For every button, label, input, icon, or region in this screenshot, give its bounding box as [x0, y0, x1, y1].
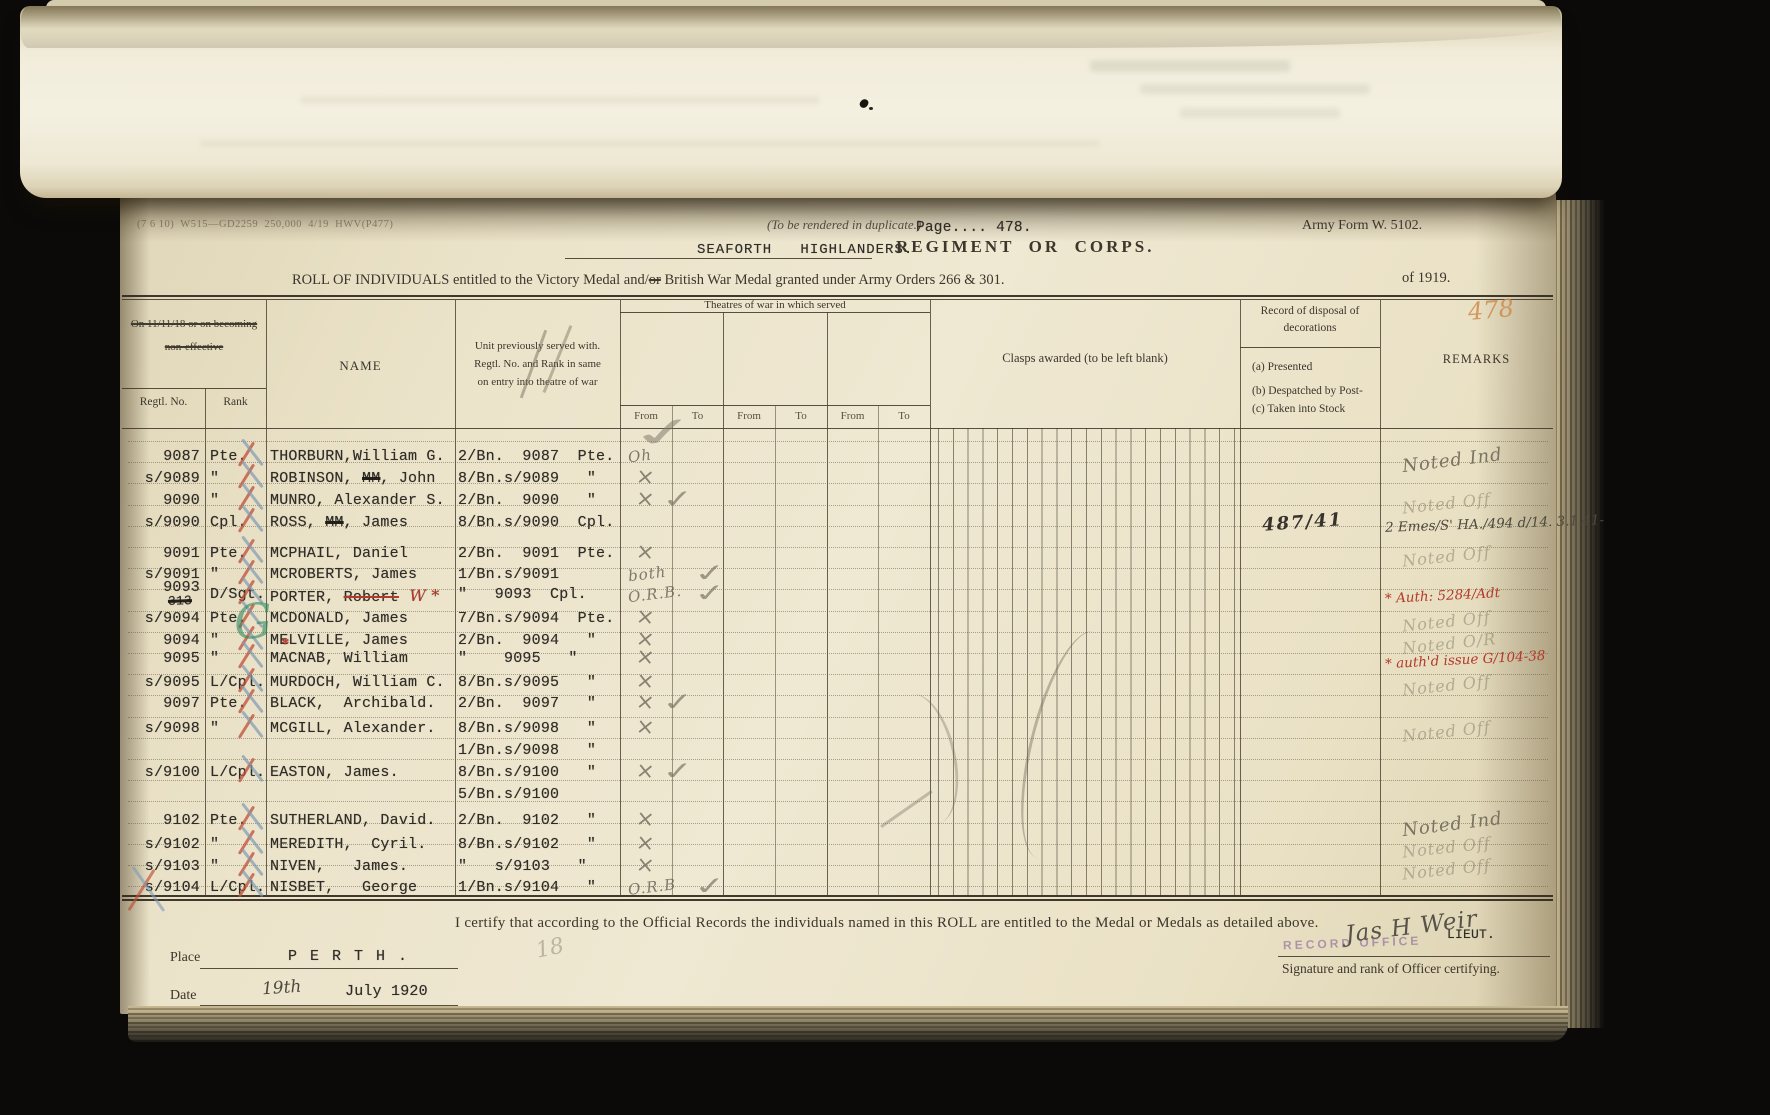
rank-header: Rank	[205, 396, 266, 408]
name-segment: , James	[344, 514, 408, 531]
theatre-tick-mark: ✓	[660, 484, 697, 514]
theatre-x-mark: ×	[635, 689, 656, 716]
roll-title: ROLL OF INDIVIDUALS entitled to the Vict…	[292, 272, 1005, 289]
row-unit: 7/Bn.s/9094 Pte.	[458, 610, 614, 627]
name-segment: MM	[325, 514, 343, 531]
name-segment: MM	[362, 470, 380, 487]
row-rank: "	[210, 836, 219, 853]
ink-blot	[869, 107, 873, 110]
theatre-x-mark: ×	[635, 486, 656, 513]
disposal-header-1: Record of disposal of	[1240, 305, 1380, 317]
theatre-x-mark: ×	[635, 758, 656, 785]
row-unit: 2/Bn. 9097 "	[458, 695, 596, 712]
name-segment: THORBURN,William G.	[270, 448, 445, 465]
row-regtl-no: 9102	[132, 812, 200, 829]
row-unit: 8/Bn.s/9098 "	[458, 720, 596, 737]
roll-title-struck-or: or	[649, 272, 661, 288]
row-unit: " 9093 Cpl.	[458, 586, 587, 603]
table-top-rule	[122, 295, 1553, 297]
theatre-x-mark: ×	[635, 714, 656, 741]
row-unit: 1/Bn.s/9091	[458, 566, 559, 583]
name-segment: MEREDITH, Cyril.	[270, 836, 426, 853]
regtl-no-header: Regtl. No.	[122, 396, 205, 408]
row-rank: "	[210, 470, 219, 487]
theatre-tick-mark: ✓	[660, 687, 697, 717]
date-label: Date	[170, 988, 196, 1004]
col-line-unit	[455, 300, 456, 896]
row-name: NISBET, George	[270, 879, 417, 896]
ghost-text-smudge	[300, 96, 820, 104]
disposal-option-a: (a) Presented	[1252, 361, 1312, 373]
row-unit: 8/Bn.s/9090 Cpl.	[458, 514, 614, 531]
row-regtl-no: s/9100	[132, 764, 200, 781]
name-segment: , John	[380, 470, 435, 487]
theatre-x-mark: ×	[635, 852, 656, 879]
row-name: MUNRO, Alexander S.	[270, 492, 445, 509]
page-curl-roll	[20, 6, 1562, 48]
disposal-divider	[1240, 347, 1380, 348]
dotted-rule	[128, 441, 1548, 442]
row-regtl-no: s/9103	[132, 858, 200, 875]
theatres-underline	[620, 312, 930, 313]
officer-rank: LIEUT.	[1447, 927, 1495, 942]
name-segment: MURDOCH, William C.	[270, 674, 445, 691]
name-segment: MCROBERTS, James	[270, 566, 417, 583]
row-regtl-no: 9097	[132, 695, 200, 712]
regiment-name: SEAFORTH HIGHLANDERS.	[697, 242, 913, 258]
row-unit: 2/Bn. 9087 Pte.	[458, 448, 614, 465]
row-unit: 8/Bn.s/9089 "	[458, 470, 596, 487]
clasps-header: Clasps awarded (to be left blank)	[930, 351, 1240, 366]
to-header: To	[878, 410, 930, 422]
col-line-rank	[205, 388, 206, 896]
theatres-header: Theatres of war in which served	[620, 299, 930, 311]
row-unit: 1/Bn.s/9104 "	[458, 879, 596, 896]
ghost-text-smudge	[1180, 108, 1340, 118]
printer-code: (7 6 10) W515—GD2259 250,000 4/19 HWV(P4…	[137, 219, 393, 230]
header-bottom-rule	[122, 428, 1553, 429]
pencil-page-number: 478	[1467, 294, 1515, 326]
name-segment: MCDONALD, James	[270, 610, 408, 627]
row-regtl-no: 9087	[132, 448, 200, 465]
roll-title-prefix: ROLL OF INDIVIDUALS entitled to the Vict…	[292, 272, 649, 288]
name-segment: MELVILLE, James	[270, 632, 408, 649]
name-segment: PORTER,	[270, 589, 344, 606]
name-segment: SUTHERLAND, David.	[270, 812, 436, 829]
row-name: MELVILLE, James	[270, 632, 408, 649]
certification-statement: I certify that according to the Official…	[455, 915, 1319, 932]
name-segment: NIVEN, James.	[270, 858, 408, 875]
row-rank: "	[210, 566, 219, 583]
col-line-remarks	[1380, 300, 1381, 896]
row-name: MURDOCH, William C.	[270, 674, 445, 691]
theatre-divider	[827, 312, 828, 896]
row-regtl-no: 9090	[132, 492, 200, 509]
date-day-handwritten: 19th	[261, 977, 302, 1000]
to-header: To	[775, 410, 827, 422]
name-segment: Robert	[344, 589, 399, 606]
row-name: MCDONALD, James	[270, 610, 408, 627]
theatre-tick-mark: ✓	[660, 756, 697, 786]
disposal-option-b: (b) Despatched by Post-	[1252, 385, 1363, 397]
col-line-disposal	[1240, 300, 1241, 896]
row-name: MACNAB, William	[270, 650, 408, 667]
duplicate-note: (To be rendered in duplicate.)	[767, 217, 921, 233]
signature-line	[1278, 956, 1550, 957]
row-name: SUTHERLAND, David.	[270, 812, 436, 829]
row-rank: "	[210, 632, 219, 649]
row-name: EASTON, James.	[270, 764, 399, 781]
row-rank: "	[210, 650, 219, 667]
from-header: From	[827, 410, 878, 422]
unit-header-3: on entry into theatre of war	[455, 376, 620, 388]
table-bottom-rule-2	[122, 899, 1553, 901]
row-unit: 8/Bn.s/9102 "	[458, 836, 596, 853]
place-label: Place	[170, 950, 200, 966]
ghost-text-smudge	[1140, 84, 1370, 94]
row-regtl-no: s/9090	[132, 514, 200, 531]
row-name: BLACK, Archibald.	[270, 695, 436, 712]
row-name: MCROBERTS, James	[270, 566, 417, 583]
effective-header-struck-1: On 11/11/18 or on becoming	[122, 318, 266, 330]
name-header: NAME	[266, 358, 455, 374]
page-number: Page.... 478.	[916, 220, 1032, 236]
theatre-x-mark: ×	[635, 644, 656, 671]
place-underline	[200, 968, 458, 969]
row-regtl-no: s/9094	[132, 610, 200, 627]
row-regtl-no-struck: 313	[140, 593, 192, 610]
row-regtl-no: s/9095	[132, 674, 200, 691]
name-segment: MACNAB, William	[270, 650, 408, 667]
theatre-x-mark: ×	[635, 806, 656, 833]
remarks-header: REMARKS	[1400, 352, 1553, 367]
disposal-header-2: decorations	[1240, 322, 1380, 334]
name-segment: MCPHAIL, Daniel	[270, 545, 408, 562]
row-unit: " s/9103 "	[458, 858, 587, 875]
row-regtl-no: s/9098	[132, 720, 200, 737]
row-unit: 2/Bn. 9090 "	[458, 492, 596, 509]
theatre-x-mark: ×	[635, 539, 656, 566]
row-unit: 1/Bn.s/9098 "	[458, 742, 596, 759]
dotted-rule	[128, 801, 1548, 802]
name-segment: ROBINSON,	[270, 470, 362, 487]
date-underline	[200, 1005, 458, 1006]
signature-caption: Signature and rank of Officer certifying…	[1282, 961, 1500, 977]
date-value: July 1920	[345, 983, 428, 1000]
row-name: MEREDITH, Cyril.	[270, 836, 426, 853]
row-name: ROSS, MM, James	[270, 514, 408, 531]
regtl-rank-divider-top	[122, 388, 266, 389]
row-unit: " 9095 "	[458, 650, 578, 667]
name-segment: W *	[399, 586, 440, 605]
name-segment: MUNRO, Alexander S.	[270, 492, 445, 509]
name-segment: ROSS,	[270, 514, 325, 531]
from-header: From	[723, 410, 775, 422]
unit-header-2: Regtl. No. and Rank in same	[455, 358, 620, 370]
red-asterisk-mark: *	[281, 634, 290, 654]
regiment-underline	[565, 258, 872, 259]
row-regtl-no: 9095	[132, 650, 200, 667]
row-name: THORBURN,William G.	[270, 448, 445, 465]
dotted-rule	[128, 738, 1548, 739]
name-segment: EASTON, James.	[270, 764, 399, 781]
book-edge-fade	[1552, 200, 1612, 1028]
row-name: ROBINSON, MM, John	[270, 470, 436, 487]
row-name: MCGILL, Alexander.	[270, 720, 436, 737]
theatre-tick-mark: ✓	[692, 578, 729, 608]
disposal-option-c: (c) Taken into Stock	[1252, 403, 1345, 415]
row-name: PORTER, Robert W *	[270, 586, 440, 606]
row-name: NIVEN, James.	[270, 858, 408, 875]
name-segment: MCGILL, Alexander.	[270, 720, 436, 737]
row-rank: "	[210, 492, 219, 509]
dotted-rule	[128, 717, 1548, 718]
row-regtl-no: s/9102	[132, 836, 200, 853]
ghost-text-smudge	[1090, 60, 1290, 72]
name-segment: BLACK, Archibald.	[270, 695, 436, 712]
theatre-tick-mark: ✓	[692, 871, 729, 901]
row-unit: 2/Bn. 9094 "	[458, 632, 596, 649]
row-unit: 8/Bn.s/9100 "	[458, 764, 596, 781]
row-regtl-no: 9091	[132, 545, 200, 562]
army-form-label: Army Form W. 5102.	[1302, 218, 1422, 234]
dotted-rule	[128, 759, 1548, 760]
row-unit: 2/Bn. 9091 Pte.	[458, 545, 614, 562]
row-rank: "	[210, 858, 219, 875]
scanned-medal-roll-page: (7 6 10) W515—GD2259 250,000 4/19 HWV(P4…	[0, 0, 1770, 1115]
row-unit: 8/Bn.s/9095 "	[458, 674, 596, 691]
roll-title-suffix: British War Medal granted under Army Ord…	[661, 272, 1005, 288]
green-crayon-mark: G	[232, 593, 274, 652]
row-regtl-no: s/9089	[132, 470, 200, 487]
place-value: P E R T H .	[288, 948, 409, 965]
row-regtl-no: 9094	[132, 632, 200, 649]
effective-header-struck-2: non-effective	[122, 341, 266, 353]
row-unit: 5/Bn.s/9100	[458, 786, 559, 803]
row-unit: 2/Bn. 9102 "	[458, 812, 596, 829]
row-name: MCPHAIL, Daniel	[270, 545, 408, 562]
row-rank: "	[210, 720, 219, 737]
year-label: of 1919.	[1402, 270, 1450, 287]
regiment-caption: REGIMENT OR CORPS.	[896, 237, 1155, 257]
col-line-theatres	[620, 300, 621, 896]
name-segment: NISBET, George	[270, 879, 417, 896]
book-bottom-fade	[128, 1006, 1568, 1052]
ghost-text-smudge	[200, 140, 1100, 147]
